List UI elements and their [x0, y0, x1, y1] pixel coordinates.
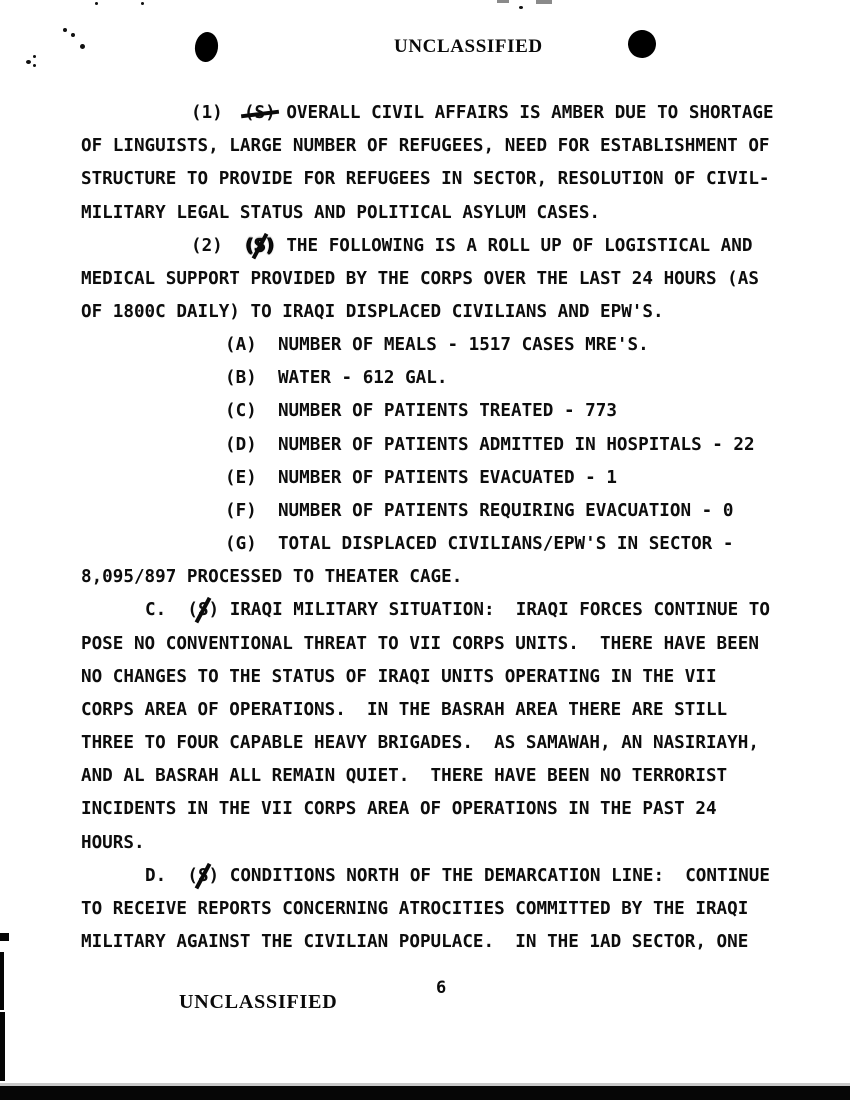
document-line: (2) (S) THE FOLLOWING IS A ROLL UP OF LO… [191, 235, 752, 257]
document-body: (1) (S) OVERALL CIVIL AFFAIRS IS AMBER D… [0, 0, 850, 1103]
document-line: CORPS AREA OF OPERATIONS. IN THE BASRAH … [81, 699, 727, 721]
scan-speckle [141, 2, 144, 5]
document-line: (F) NUMBER OF PATIENTS REQUIRING EVACUAT… [225, 500, 733, 522]
document-line: (E) NUMBER OF PATIENTS EVACUATED - 1 [225, 467, 617, 489]
scan-bottom-bar [0, 1086, 850, 1100]
scan-speckle [80, 44, 85, 49]
document-line: STRUCTURE TO PROVIDE FOR REFUGEES IN SEC… [81, 168, 770, 190]
classification-strike-mark: (S) [187, 865, 219, 887]
scan-speckle [63, 28, 67, 32]
scan-smudge [536, 0, 552, 4]
scan-speckle [26, 60, 31, 64]
document-line: (D) NUMBER OF PATIENTS ADMITTED IN HOSPI… [225, 434, 755, 456]
classification-strike-mark: (S) [244, 102, 276, 124]
document-line: THREE TO FOUR CAPABLE HEAVY BRIGADES. AS… [81, 732, 759, 754]
scanned-document-page: UNCLASSIFIED (1) (S) OVERALL CIVIL AFFAI… [0, 0, 850, 1103]
scan-edge-mark [0, 933, 9, 941]
scan-smudge [497, 0, 509, 3]
scan-edge-mark [0, 952, 4, 1010]
document-line: C. (S) IRAQI MILITARY SITUATION: IRAQI F… [145, 599, 770, 621]
scan-speckle [33, 55, 36, 58]
scan-edge-mark [0, 1012, 5, 1081]
document-line: (B) WATER - 612 GAL. [225, 367, 447, 389]
document-line: POSE NO CONVENTIONAL THREAT TO VII CORPS… [81, 633, 759, 655]
document-line: MILITARY LEGAL STATUS AND POLITICAL ASYL… [81, 202, 600, 224]
classification-strike-mark: (S) [187, 599, 219, 621]
document-line: MILITARY AGAINST THE CIVILIAN POPULACE. … [81, 931, 748, 953]
document-line: OF 1800C DAILY) TO IRAQI DISPLACED CIVIL… [81, 301, 664, 323]
document-line: 8,095/897 PROCESSED TO THEATER CAGE. [81, 566, 462, 588]
page-number: 6 [436, 978, 446, 998]
document-line: OF LINGUISTS, LARGE NUMBER OF REFUGEES, … [81, 135, 770, 157]
scan-speckle [71, 33, 75, 37]
scan-speckle [519, 6, 523, 9]
document-line: (A) NUMBER OF MEALS - 1517 CASES MRE'S. [225, 334, 649, 356]
document-line: HOURS. [81, 832, 145, 854]
classification-strike-mark: (S) [244, 235, 276, 257]
document-line: NO CHANGES TO THE STATUS OF IRAQI UNITS … [81, 666, 717, 688]
scan-speckle [33, 64, 36, 67]
document-line: INCIDENTS IN THE VII CORPS AREA OF OPERA… [81, 798, 717, 820]
scan-speckle [95, 2, 98, 5]
document-line: (1) (S) OVERALL CIVIL AFFAIRS IS AMBER D… [191, 102, 774, 124]
footer-classification-banner: UNCLASSIFIED [179, 991, 338, 1014]
document-line: AND AL BASRAH ALL REMAIN QUIET. THERE HA… [81, 765, 727, 787]
document-line: TO RECEIVE REPORTS CONCERNING ATROCITIES… [81, 898, 748, 920]
document-line: MEDICAL SUPPORT PROVIDED BY THE CORPS OV… [81, 268, 759, 290]
document-line: (C) NUMBER OF PATIENTS TREATED - 773 [225, 400, 617, 422]
document-line: (G) TOTAL DISPLACED CIVILIANS/EPW'S IN S… [225, 533, 733, 555]
document-line: D. (S) CONDITIONS NORTH OF THE DEMARCATI… [145, 865, 770, 887]
